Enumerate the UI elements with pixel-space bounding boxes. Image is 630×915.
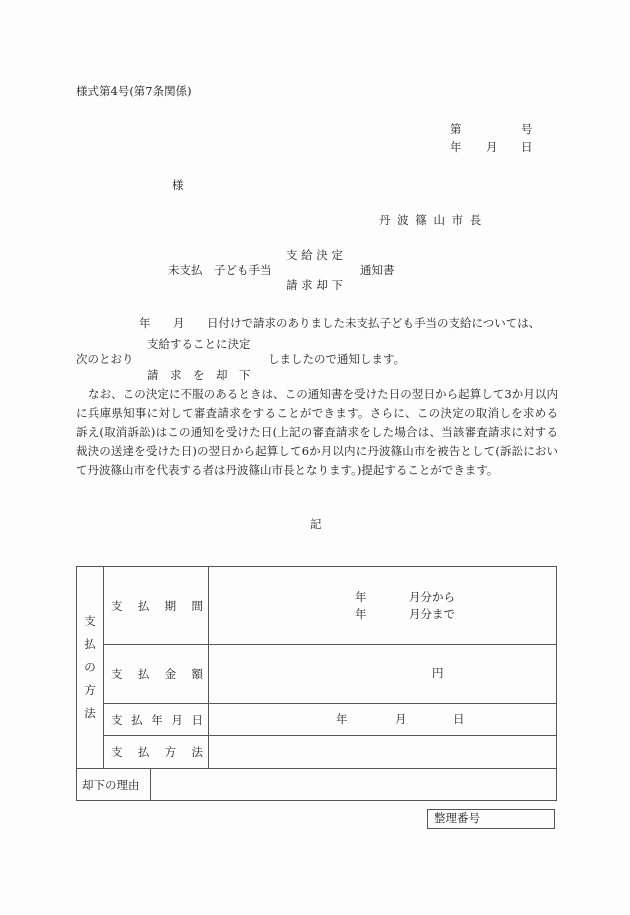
- reference-number-label: 整理番号: [434, 811, 480, 825]
- rejection-reason-label: 却下の理由: [77, 769, 151, 801]
- reference-number-box[interactable]: 整理番号: [427, 809, 555, 829]
- payment-date-month: 月: [395, 714, 407, 726]
- label-char: 払: [138, 666, 150, 682]
- title-option-grant: 支 給 決 定: [286, 250, 343, 262]
- label-char: 払: [138, 598, 150, 614]
- date-year: 年: [450, 142, 462, 154]
- table-row-period: 支 払 の 方 法 支 払 期 間 年 月分から 年 月分まで: [77, 567, 557, 645]
- label-char: 払: [131, 712, 143, 728]
- group-label-char: 払: [77, 633, 103, 656]
- group-label-char: 法: [77, 702, 103, 725]
- doc-number-prefix: 第: [450, 124, 462, 136]
- label-char: 法: [191, 744, 203, 760]
- label-char: 日: [192, 712, 204, 728]
- label-char: 払: [138, 744, 150, 760]
- appeal-notice: なお、この決定に不服のあるときは、この通知書を受けた日の翌日から起算して3か月以…: [76, 385, 558, 480]
- label-char: 額: [191, 666, 203, 682]
- table-row-rejection: 却下の理由: [77, 769, 557, 801]
- payment-method-group-label: 支 払 の 方 法: [77, 567, 104, 769]
- period-to-month: 月分まで: [409, 609, 455, 621]
- title-suffix: 通知書: [360, 265, 395, 277]
- payment-date-label: 支 払 年 月 日: [104, 704, 209, 736]
- body-option-reject: 請 求 を 却 下: [147, 370, 251, 382]
- doc-number-suffix: 号: [521, 124, 533, 136]
- body-month: 月: [173, 318, 185, 330]
- body-line2-suffix: しましたので通知します。: [268, 354, 405, 366]
- group-label-char: の: [77, 656, 103, 679]
- payment-amount-value[interactable]: 円: [209, 645, 557, 704]
- period-to-year: 年: [355, 609, 367, 621]
- payment-table: 支 払 の 方 法 支 払 期 間 年 月分から 年 月分まで 支: [76, 566, 557, 801]
- body-line1-text: 日付けで請求のありました未支払子ども手当の支給については、: [207, 318, 540, 330]
- issuer: 丹 波 篠 山 市 長: [379, 215, 481, 227]
- label-char: 間: [191, 598, 203, 614]
- payment-period-label: 支 払 期 間: [104, 567, 209, 645]
- payment-method-label: 支 払 方 法: [104, 736, 209, 769]
- label-char: 支: [111, 744, 123, 760]
- label-char: 期: [165, 598, 177, 614]
- payment-method-value[interactable]: [209, 736, 557, 769]
- label-char: 支: [111, 598, 123, 614]
- payment-date-day: 日: [453, 714, 465, 726]
- ki-label: 記: [310, 519, 322, 531]
- payment-period-value[interactable]: 年 月分から 年 月分まで: [209, 567, 557, 645]
- yen-unit: 円: [432, 668, 444, 680]
- table-row-method: 支 払 方 法: [77, 736, 557, 769]
- group-label-char: 方: [77, 679, 103, 702]
- table-row-date: 支 払 年 月 日 年 月 日: [77, 704, 557, 736]
- payment-amount-label: 支 払 金 額: [104, 645, 209, 704]
- title-option-reject: 請 求 却 下: [286, 280, 343, 292]
- label-char: 金: [165, 666, 177, 682]
- body-year: 年: [139, 318, 151, 330]
- label-char: 月: [171, 712, 183, 728]
- rejection-reason-value[interactable]: [151, 769, 557, 801]
- label-char: 年: [151, 712, 163, 728]
- table-row-amount: 支 払 金 額 円: [77, 645, 557, 704]
- body-line2-prefix: 次のとおり: [76, 354, 134, 366]
- label-char: 支: [111, 666, 123, 682]
- title-prefix: 未支払 子ども手当: [168, 265, 272, 277]
- form-number: 様式第4号(第7条関係): [76, 86, 192, 98]
- period-from-year: 年: [355, 592, 367, 604]
- group-label-char: 支: [77, 610, 103, 633]
- body-option-grant: 支給することに決定: [147, 339, 251, 351]
- addressee-suffix: 様: [172, 180, 184, 192]
- payment-date-value[interactable]: 年 月 日: [209, 704, 557, 736]
- date-day: 日: [521, 142, 533, 154]
- payment-date-year: 年: [336, 714, 348, 726]
- period-from-month: 月分から: [409, 592, 455, 604]
- label-char: 方: [165, 744, 177, 760]
- label-char: 支: [111, 712, 123, 728]
- date-month: 月: [486, 142, 498, 154]
